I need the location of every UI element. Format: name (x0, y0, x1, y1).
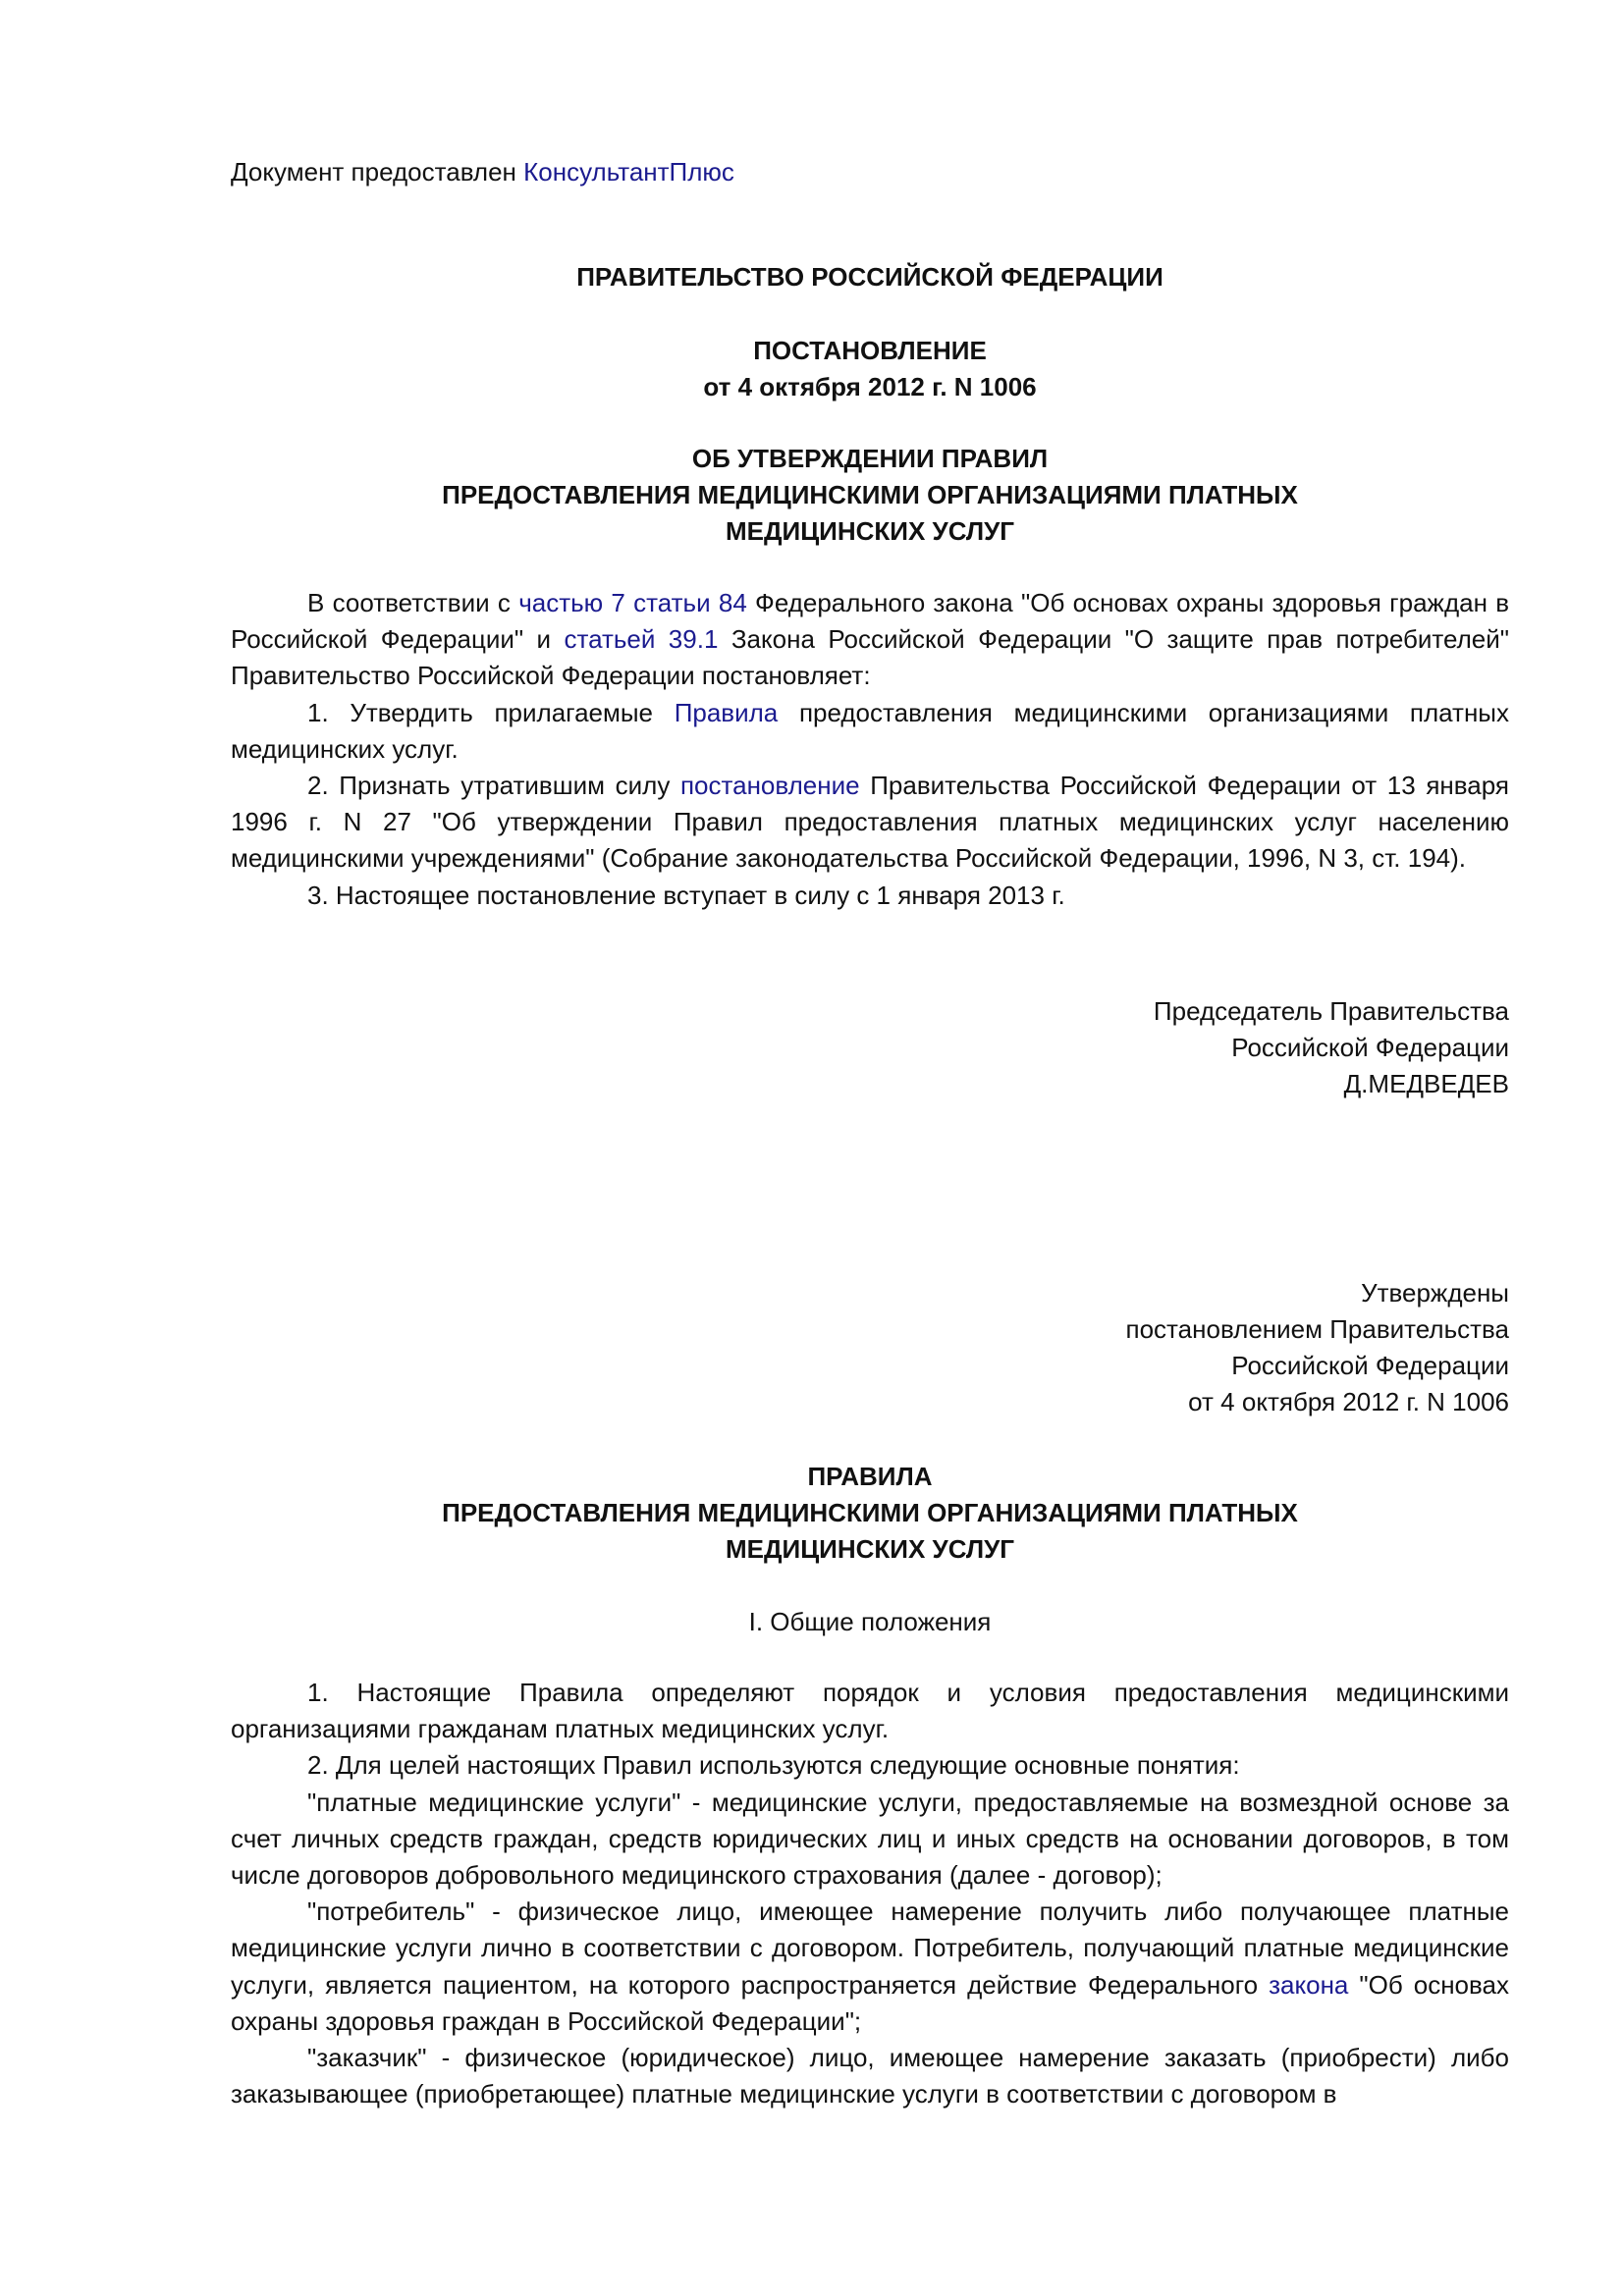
preamble-paragraph: В соответствии с частью 7 статьи 84 Феде… (231, 585, 1509, 695)
federal-law-link[interactable]: закона (1269, 1970, 1348, 2000)
resolution-link[interactable]: постановление (680, 771, 860, 800)
signature-block: Председатель Правительства Российской Фе… (231, 993, 1509, 1102)
signature-line: Председатель Правительства (231, 993, 1509, 1030)
decree-title-line: ПРЕДОСТАВЛЕНИЯ МЕДИЦИНСКИМИ ОРГАНИЗАЦИЯМ… (231, 477, 1509, 513)
article-39-1-link[interactable]: статьей 39.1 (564, 624, 718, 654)
rules-link[interactable]: Правила (675, 698, 779, 727)
definition-customer: "заказчик" - физическое (юридическое) ли… (231, 2040, 1509, 2112)
item-1-paragraph: 1. Утвердить прилагаемые Правила предост… (231, 695, 1509, 768)
definition-paid-services: "платные медицинские услуги" - медицинск… (231, 1785, 1509, 1895)
rules-title-line: МЕДИЦИНСКИХ УСЛУГ (231, 1531, 1509, 1568)
item-3-paragraph: 3. Настоящее постановление вступает в си… (231, 878, 1509, 914)
signature-line: Российской Федерации (231, 1030, 1509, 1066)
rules-paragraph-1: 1. Настоящие Правила определяют порядок … (231, 1675, 1509, 1747)
provider-label: Документ предоставлен (231, 157, 523, 187)
decree-title: ОБ УТВЕРЖДЕНИИ ПРАВИЛ ПРЕДОСТАВЛЕНИЯ МЕД… (231, 441, 1509, 550)
approval-block: Утверждены постановлением Правительства … (231, 1275, 1509, 1420)
consultantplus-link[interactable]: КонсультантПлюс (523, 157, 734, 187)
item-2-paragraph: 2. Признать утратившим силу постановлени… (231, 768, 1509, 878)
approval-line: Утверждены (231, 1275, 1509, 1311)
decree-title-line: МЕДИЦИНСКИХ УСЛУГ (231, 513, 1509, 550)
issuer-heading: ПРАВИТЕЛЬСТВО РОССИЙСКОЙ ФЕДЕРАЦИИ (231, 259, 1509, 295)
definition-consumer: "потребитель" - физическое лицо, имеющее… (231, 1894, 1509, 2040)
rules-title: ПРАВИЛА ПРЕДОСТАВЛЕНИЯ МЕДИЦИНСКИМИ ОРГА… (231, 1459, 1509, 1568)
provider-header: Документ предоставлен КонсультантПлюс (231, 154, 1509, 190)
approval-line: Российской Федерации (231, 1348, 1509, 1384)
decree-date-number: от 4 октября 2012 г. N 1006 (231, 369, 1509, 405)
rules-paragraph-2: 2. Для целей настоящих Правил используют… (231, 1747, 1509, 1784)
decree-title-line: ОБ УТВЕРЖДЕНИИ ПРАВИЛ (231, 441, 1509, 477)
approval-line: постановлением Правительства (231, 1311, 1509, 1348)
rules-body: 1. Настоящие Правила определяют порядок … (231, 1675, 1509, 2112)
decree-body: В соответствии с частью 7 статьи 84 Феде… (231, 585, 1509, 914)
law-article-84-link[interactable]: частью 7 статьи 84 (518, 588, 747, 617)
approval-line: от 4 октября 2012 г. N 1006 (231, 1384, 1509, 1420)
rules-title-line: ПРАВИЛА (231, 1459, 1509, 1495)
signature-name: Д.МЕДВЕДЕВ (231, 1066, 1509, 1102)
section-1-heading: I. Общие положения (231, 1604, 1509, 1640)
rules-title-line: ПРЕДОСТАВЛЕНИЯ МЕДИЦИНСКИМИ ОРГАНИЗАЦИЯМ… (231, 1495, 1509, 1531)
doc-type-heading: ПОСТАНОВЛЕНИЕ (231, 333, 1509, 369)
